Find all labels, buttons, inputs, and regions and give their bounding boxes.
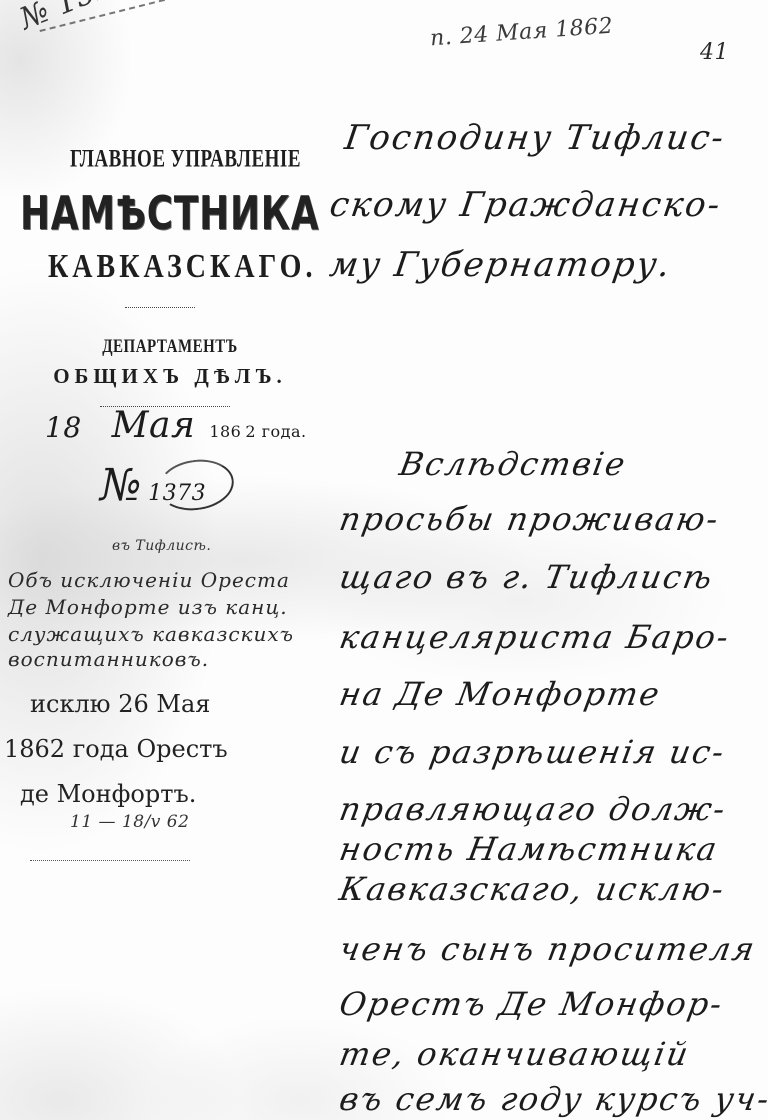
dispatch-year-prefix: 186	[209, 422, 241, 441]
dispatch-place: въ Тифлисѣ.	[112, 538, 211, 554]
body-line: ность Намѣстника	[337, 830, 722, 868]
archive-number: № 152	[15, 0, 119, 37]
body-line: ченъ сынъ просителя	[337, 930, 759, 968]
letterhead-main-administration: ГЛАВНОЕ УПРАВЛЕНІЕ	[70, 145, 270, 175]
subject-line: воспитанниковъ.	[8, 647, 209, 671]
letterhead-caucasus: КАВКАЗСКАГО.	[48, 248, 288, 286]
receipt-note: п. 24 Мая 1862	[429, 14, 614, 52]
margin-note-fraction: 11 — 18/v 62	[70, 812, 189, 832]
letterhead-divider	[125, 307, 195, 308]
letterhead-department: ДЕПАРТАМЕНТЪ	[80, 337, 260, 358]
dispatch-month: Мая	[112, 405, 196, 446]
letterhead-general-affairs: ОБЩИХЪ ДѢЛЪ.	[50, 364, 290, 389]
dispatch-year-suffix: 2 года.	[245, 422, 306, 441]
body-line: просьбы проживаю-	[337, 500, 723, 538]
body-line: въ семъ году курсъ уч-	[337, 1080, 768, 1118]
body-line: на Де Монфорте	[337, 675, 664, 713]
number-sign: №	[100, 460, 142, 511]
margin-note-underline	[30, 860, 190, 861]
subject-line: Объ исключеніи Ореста	[8, 568, 290, 592]
body-line: те, оканчивающій	[337, 1035, 693, 1073]
body-line: канцеляриста Баро-	[337, 618, 734, 656]
body-line: Кавказскаго, исклю-	[337, 870, 729, 908]
addressee-line: му Губернатору.	[327, 245, 674, 285]
addressee-line: скому Гражданско-	[327, 185, 724, 225]
letterhead-viceroy: НАМѢСТНИКА	[20, 186, 254, 240]
dispatch-day: 18	[45, 411, 82, 444]
subject-line: служащихъ кавказскихъ	[8, 622, 294, 646]
document-page: № 152 п. 24 Мая 1862 41 ГЛАВНОЕ УПРАВЛЕН…	[0, 0, 768, 1120]
body-line: и съ разрѣшенія ис-	[337, 733, 729, 771]
margin-note-line: исклю 26 Мая	[30, 690, 210, 718]
body-line: правляющаго долж-	[337, 790, 730, 828]
dispatch-date: 18Мая1862 года.	[45, 405, 307, 446]
body-line: Вслѣдствіе	[397, 445, 630, 483]
addressee-line: Господину Тифлис-	[342, 118, 728, 158]
body-line: щаго въ г. Тифлисѣ	[337, 558, 717, 596]
margin-note-line: 1862 года Орестъ	[4, 735, 228, 763]
body-line: Орестъ Де Монфор-	[337, 985, 727, 1023]
subject-line: Де Монфорте изъ канц.	[8, 595, 288, 619]
margin-note-line: де Монфортъ.	[20, 780, 196, 808]
page-number: 41	[700, 40, 729, 65]
